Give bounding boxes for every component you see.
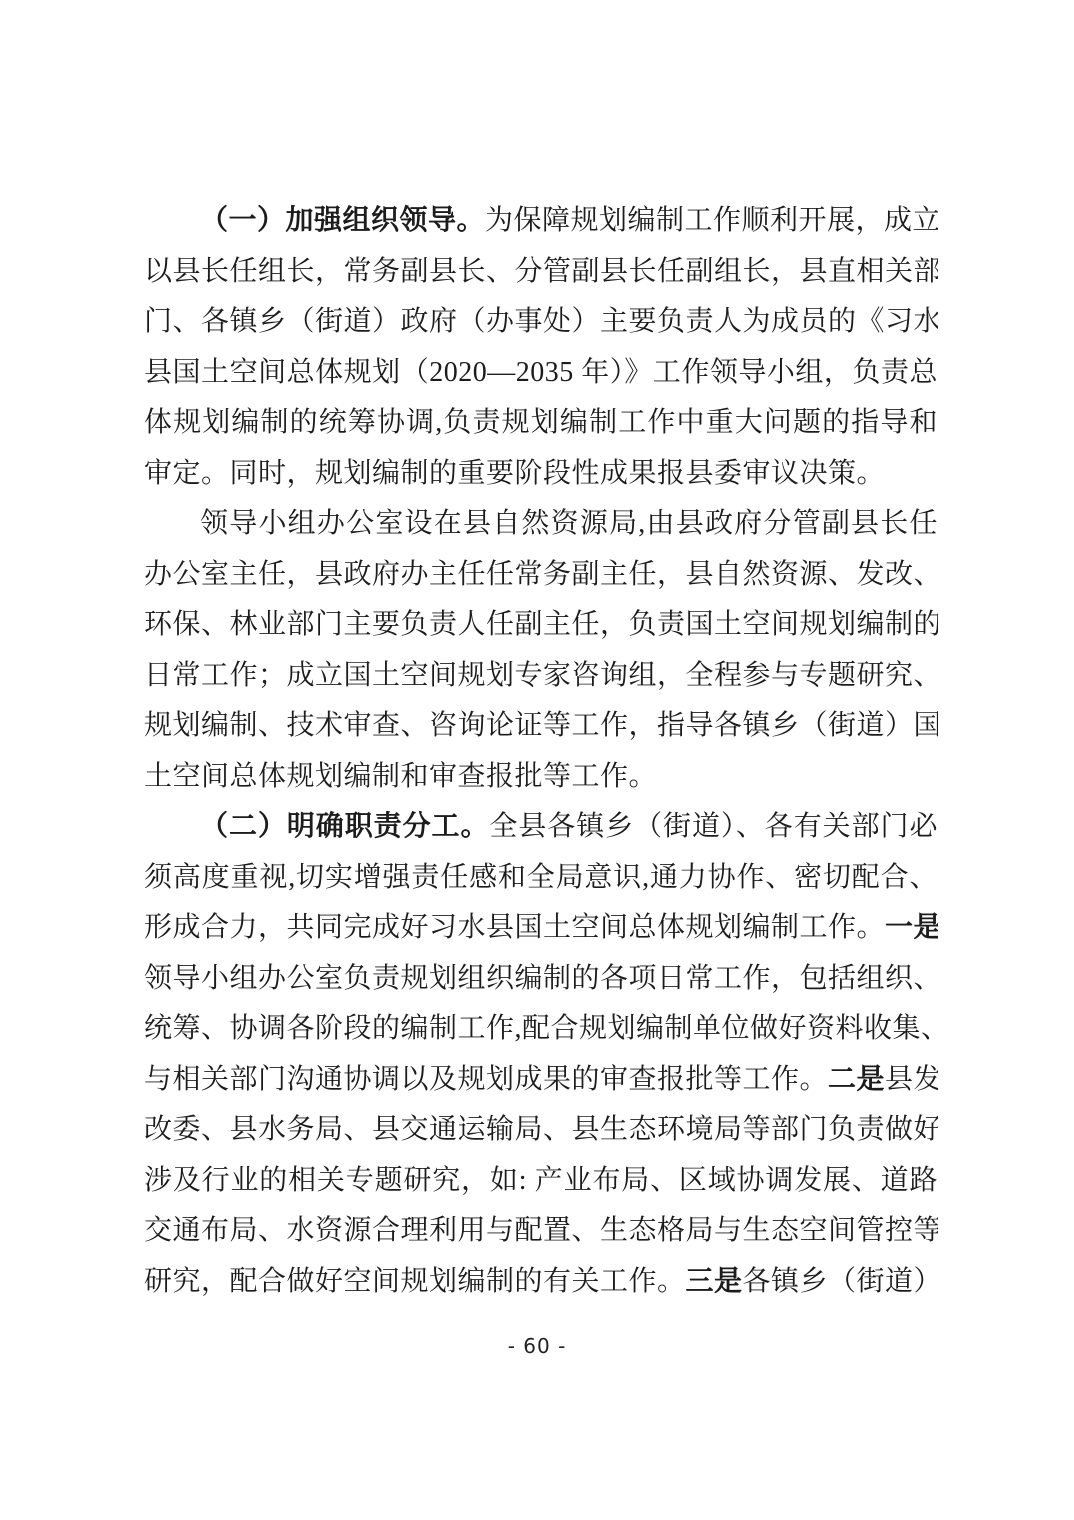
text-line: 日常工作；成立国土空间规划专家咨询组，全程参与专题研究、 <box>144 651 938 702</box>
body-text: 统筹、协调各阶段的编制工作,配合规划编制单位做好资料收集、 <box>144 1013 938 1044</box>
body-text: 改委、县水务局、县交通运输局、县生态环境局等部门负责做好 <box>144 1114 938 1145</box>
body-text: 土空间总体规划编制和审查报批等工作。 <box>144 761 657 792</box>
body-text: 涉及行业的相关专题研究，如: 产业布局、区域协调发展、道路 <box>144 1165 938 1196</box>
text-line: 须高度重视,切实增强责任感和全局意识,通力协作、密切配合、 <box>144 853 938 904</box>
text-line: 门、各镇乡（街道）政府（办事处）主要负责人为成员的《习水 <box>144 297 938 348</box>
emphasis-text: 三是 <box>686 1266 743 1297</box>
text-line: 规划编制、技术审查、咨询论证等工作，指导各镇乡（街道）国 <box>144 701 938 752</box>
body-text: 领导小组办公室负责规划组织编制的各项日常工作，包括组织、 <box>144 963 938 994</box>
text-line: （一）加强组织领导。为保障规划编制工作顺利开展，成立 <box>144 196 938 247</box>
text-line: 办公室主任，县政府办主任任常务副主任，县自然资源、发改、 <box>144 550 938 601</box>
body-text: 为保障规划编制工作顺利开展，成立 <box>485 205 938 236</box>
text-line: 改委、县水务局、县交通运输局、县生态环境局等部门负责做好 <box>144 1105 938 1156</box>
body-text: 与相关部门沟通协调以及规划成果的审查报批等工作。 <box>144 1064 828 1095</box>
text-line: 交通布局、水资源合理利用与配置、生态格局与生态空间管控等 <box>144 1206 938 1257</box>
body-text: 须高度重视,切实增强责任感和全局意识,通力协作、密切配合、 <box>144 862 938 893</box>
body-text: 县国土空间总体规划（2020—2035 年）》工作领导小组，负责总 <box>144 357 938 388</box>
text-line: 县国土空间总体规划（2020—2035 年）》工作领导小组，负责总 <box>144 348 938 399</box>
text-line: 环保、林业部门主要负责人任副主任，负责国土空间规划编制的 <box>144 600 938 651</box>
text-line: 审定。同时，规划编制的重要阶段性成果报县委审议决策。 <box>144 449 938 500</box>
body-text: 交通布局、水资源合理利用与配置、生态格局与生态空间管控等 <box>144 1215 938 1246</box>
emphasis-text: 二是 <box>828 1064 885 1095</box>
document-page: （一）加强组织领导。为保障规划编制工作顺利开展，成立以县长任组长，常务副县长、分… <box>0 0 1074 1520</box>
text-line: 领导小组办公室负责规划组织编制的各项日常工作，包括组织、 <box>144 954 938 1005</box>
text-line: 形成合力，共同完成好习水县国土空间总体规划编制工作。一是 <box>144 903 938 954</box>
text-line: 土空间总体规划编制和审查报批等工作。 <box>144 752 938 803</box>
page-footer: - 60 - <box>0 1334 1074 1358</box>
page-number: - 60 - <box>508 1334 567 1358</box>
body-text: 形成合力，共同完成好习水县国土空间总体规划编制工作。 <box>144 912 885 943</box>
emphasis-text: （二）明确职责分工。 <box>200 811 489 842</box>
text-line: 与相关部门沟通协调以及规划成果的审查报批等工作。二是县发 <box>144 1055 938 1106</box>
body-text: 研究，配合做好空间规划编制的有关工作。 <box>144 1266 686 1297</box>
body-text: 以县长任组长，常务副县长、分管副县长任副组长，县直相关部 <box>144 256 938 287</box>
body-text: 办公室主任，县政府办主任任常务副主任，县自然资源、发改、 <box>144 559 938 590</box>
body-text: 领导小组办公室设在县自然资源局,由县政府分管副县长任 <box>200 508 938 539</box>
body-text: 体规划编制的统筹协调,负责规划编制工作中重大问题的指导和 <box>144 407 938 438</box>
body-text: 日常工作；成立国土空间规划专家咨询组，全程参与专题研究、 <box>144 660 938 691</box>
body-text: 各镇乡（街道） <box>743 1266 938 1297</box>
body-text: 门、各镇乡（街道）政府（办事处）主要负责人为成员的《习水 <box>144 306 938 337</box>
text-line: 以县长任组长，常务副县长、分管副县长任副组长，县直相关部 <box>144 247 938 298</box>
body-text: 规划编制、技术审查、咨询论证等工作，指导各镇乡（街道）国 <box>144 710 938 741</box>
text-line: （二）明确职责分工。全县各镇乡（街道）、各有关部门必 <box>144 802 938 853</box>
text-line: 涉及行业的相关专题研究，如: 产业布局、区域协调发展、道路 <box>144 1156 938 1207</box>
document-body: （一）加强组织领导。为保障规划编制工作顺利开展，成立以县长任组长，常务副县长、分… <box>144 196 938 1307</box>
text-line: 研究，配合做好空间规划编制的有关工作。三是各镇乡（街道） <box>144 1257 938 1308</box>
body-text: 审定。同时，规划编制的重要阶段性成果报县委审议决策。 <box>144 458 885 489</box>
emphasis-text: 一是 <box>885 912 938 943</box>
body-text: 环保、林业部门主要负责人任副主任，负责国土空间规划编制的 <box>144 609 938 640</box>
body-text: 全县各镇乡（街道）、各有关部门必 <box>489 811 938 842</box>
body-text: 县发 <box>885 1064 938 1095</box>
text-line: 领导小组办公室设在县自然资源局,由县政府分管副县长任 <box>144 499 938 550</box>
text-line: 体规划编制的统筹协调,负责规划编制工作中重大问题的指导和 <box>144 398 938 449</box>
text-line: 统筹、协调各阶段的编制工作,配合规划编制单位做好资料收集、 <box>144 1004 938 1055</box>
emphasis-text: （一）加强组织领导。 <box>200 205 485 236</box>
